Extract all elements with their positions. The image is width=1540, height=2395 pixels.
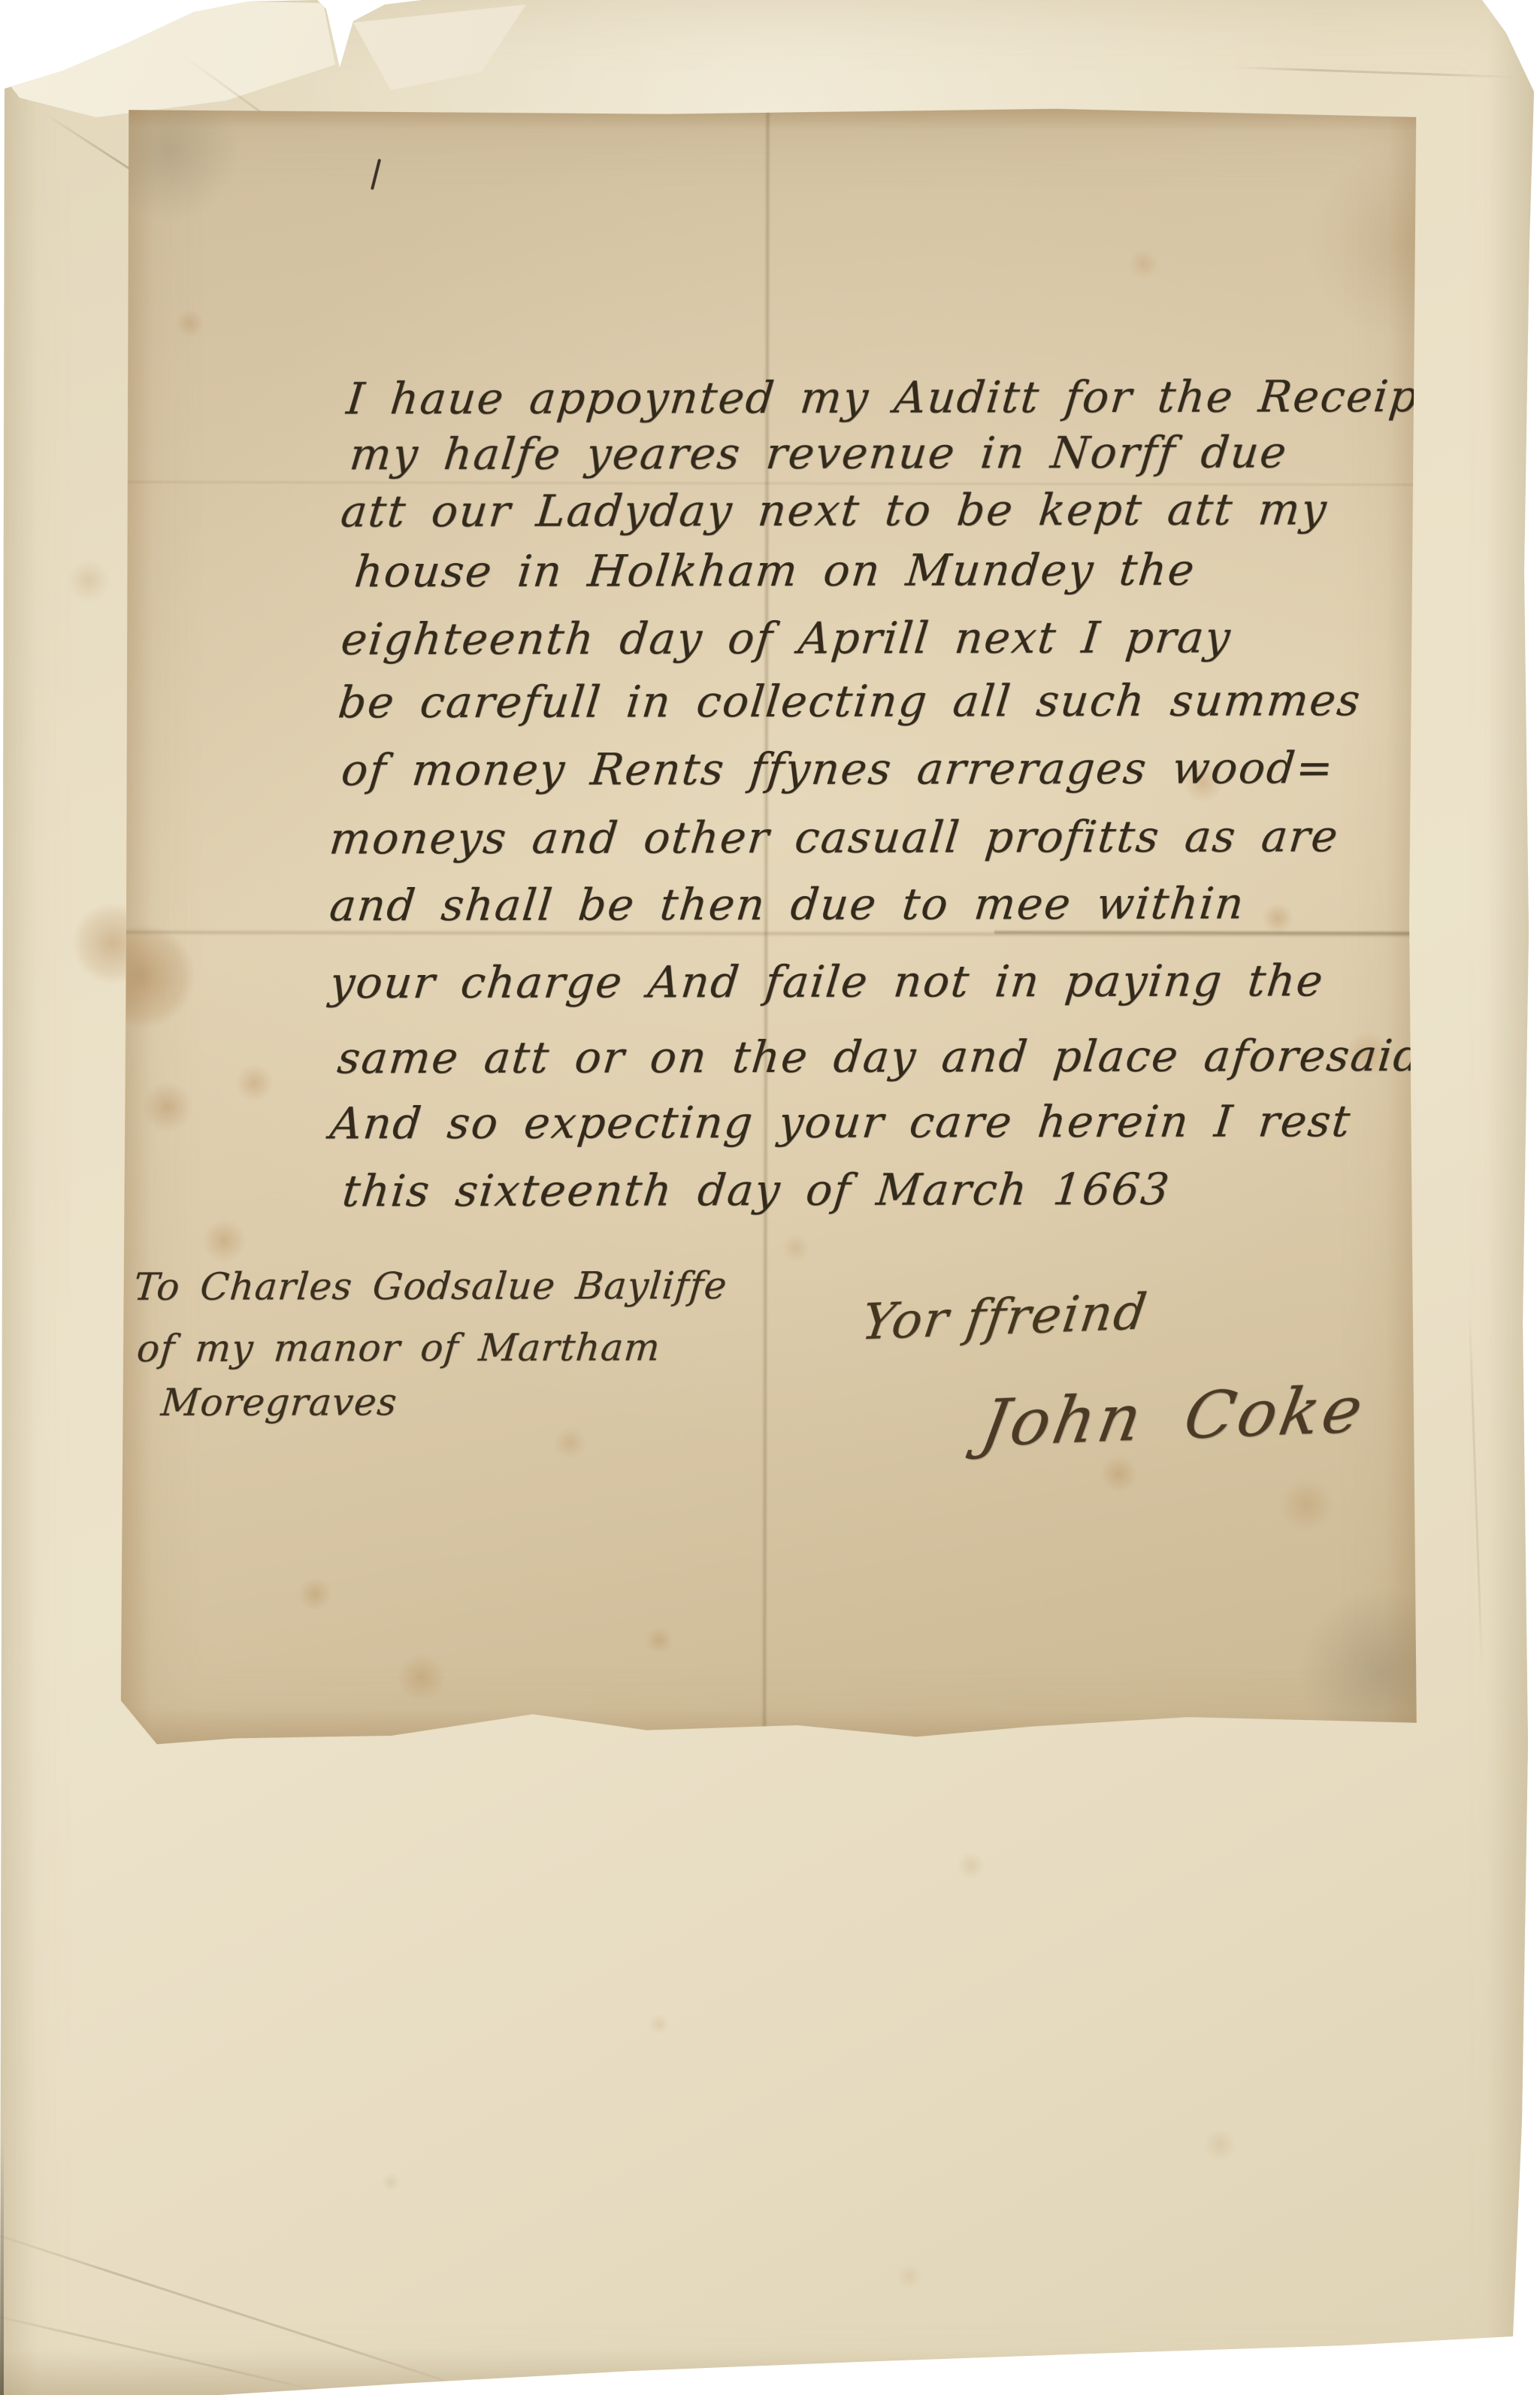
mount-crease — [1233, 66, 1518, 78]
scan-edge-shadow — [0, 2135, 4, 2395]
mount-crease — [0, 2225, 485, 2394]
mount-crease — [1469, 1309, 1484, 1670]
letter-body-line: and shall be then due to mee within — [328, 881, 1247, 929]
letter-date-line: this sixteenth day of March 1663 — [340, 1167, 1172, 1214]
letter-body-line: same att or on the day and place aforesa… — [335, 1033, 1425, 1081]
letter-body-line: att our Ladyday next to be kept att my — [339, 486, 1330, 534]
signature: John Coke — [976, 1372, 1371, 1461]
letter-sheet: I haue appoynted my Auditt for the Recei… — [121, 105, 1424, 1749]
letter-body-line: eighteenth day of Aprill next I pray — [339, 615, 1233, 663]
letter-body-line: house in Holkham on Mundey the — [352, 547, 1198, 595]
letter-body-line: I haue appoynted my Auditt for the Recei… — [344, 374, 1510, 422]
closing-salutation: Yor ffreind — [858, 1282, 1151, 1351]
letter-body-line: be carefull in collecting all such summe… — [336, 677, 1363, 725]
scanned-document: I haue appoynted my Auditt for the Recei… — [0, 0, 1540, 2395]
letter-body-line: your charge And faile not in paying the — [328, 958, 1326, 1006]
address-line: Moregraves — [159, 1382, 398, 1422]
address-line: To Charles Godsalue Bayliffe — [132, 1266, 729, 1307]
handwritten-text-layer: I haue appoynted my Auditt for the Recei… — [121, 105, 1424, 1749]
letter-body-line: my halfe yeares revenue in Norff due — [347, 429, 1290, 477]
letter-body-line: moneys and other casuall profitts as are — [328, 813, 1342, 861]
address-line: of my manor of Martham — [135, 1328, 662, 1368]
letter-body-line: And so expecting your care herein I rest — [328, 1098, 1353, 1146]
letter-body-line: of money Rents ffynes arrerages wood= — [339, 745, 1336, 793]
